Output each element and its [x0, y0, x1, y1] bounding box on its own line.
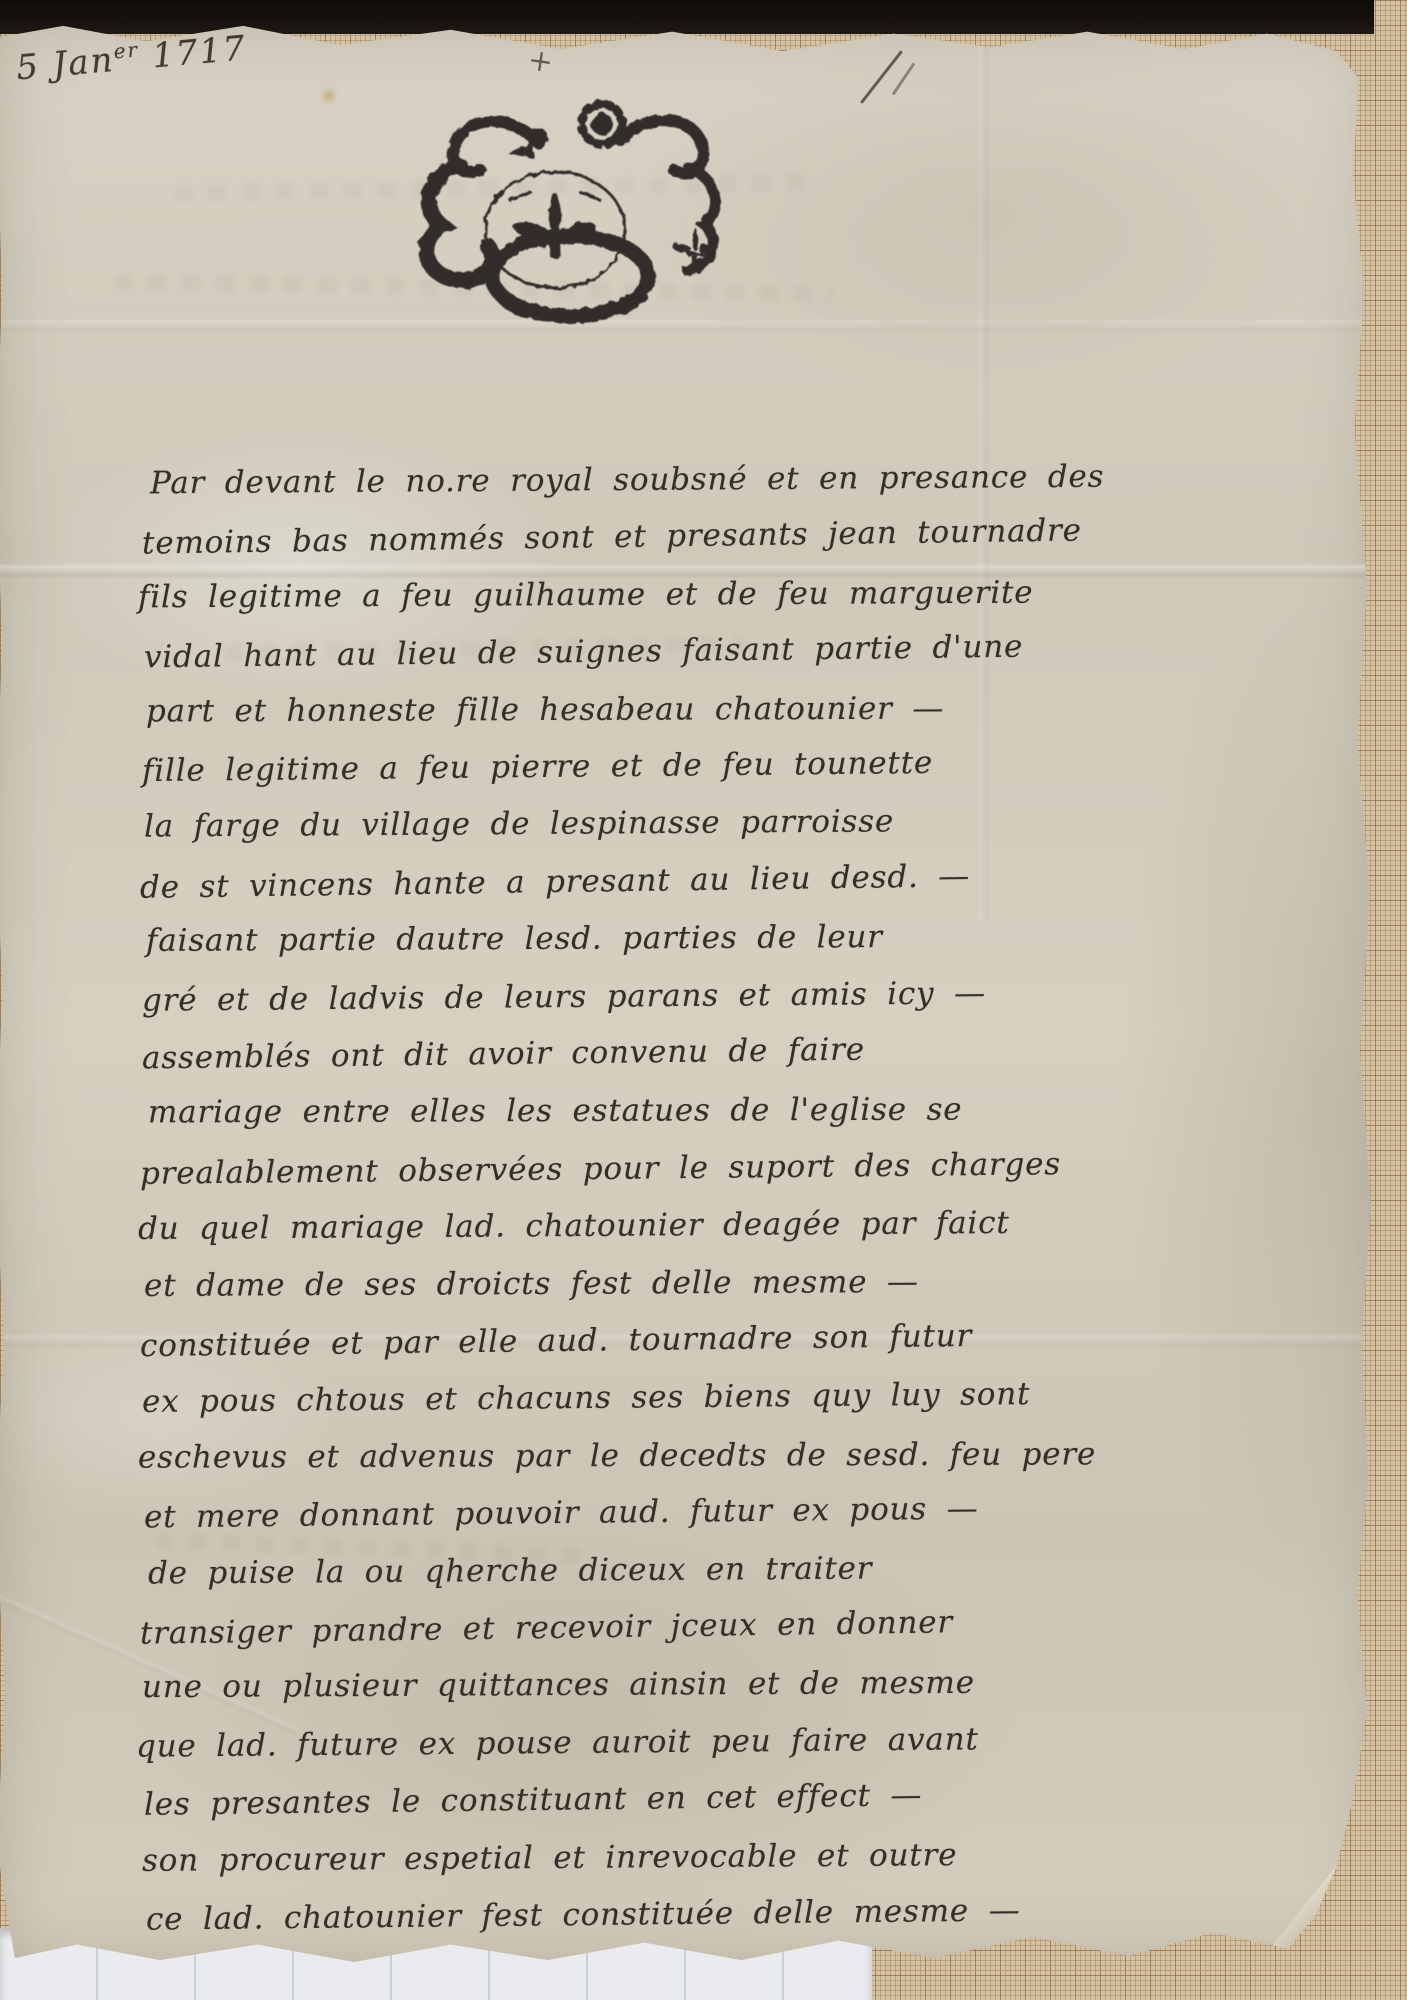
manuscript-line-16: constituée et par elle aud. tournadre so…	[140, 1318, 973, 1364]
photographed-manuscript-scene: 5 Janer 1717 +	[0, 0, 1407, 2000]
manuscript-line-2: temoins bas nommés sont et presants jean…	[142, 513, 1082, 562]
manuscript-line-18: eschevus et advenus par le decedts de se…	[138, 1436, 1096, 1475]
manuscript-line-14: du quel mariage lad. chatounier deagée p…	[138, 1205, 1010, 1247]
manuscript-line-11: assemblés ont dit avoir convenu de faire	[142, 1032, 865, 1077]
manuscript-line-3: fils legitime a feu guilhaume et de feu …	[138, 574, 1034, 615]
manuscript-line-24: les presantes le constituant en cet effe…	[144, 1777, 923, 1823]
manuscript-line-23: que lad. future ex pouse auroit peu fair…	[136, 1721, 979, 1764]
manuscript-line-26: ce lad. chatounier fest constituée delle…	[146, 1892, 1021, 1937]
manuscript-line-22: une ou plusieur quittances ainsin et de …	[142, 1665, 975, 1705]
manuscript-line-20: de puise la ou qherche diceux en traiter	[148, 1550, 873, 1591]
manuscript-line-9: faisant partie dautre lesd. parties de l…	[146, 919, 883, 959]
manuscript-line-7: la farge du village de lespinasse parroi…	[144, 804, 894, 845]
manuscript-line-8: de st vincens hante a presant au lieu de…	[140, 858, 971, 906]
manuscript-line-10: gré et de ladvis de leurs parans et amis…	[142, 975, 986, 1018]
manuscript-line-17: ex pous chtous et chacuns ses biens quy …	[142, 1377, 1031, 1421]
manuscript-text-block: Par devant le no.re royal soubsné et en …	[0, 0, 1407, 2000]
manuscript-line-13: prealablement observées pour le suport d…	[140, 1146, 1061, 1192]
manuscript-line-4: vidal hant au lieu de suignes faisant pa…	[144, 629, 1024, 676]
manuscript-line-15: et dame de ses droicts fest delle mesme …	[144, 1264, 919, 1304]
manuscript-line-1: Par devant le no.re royal soubsné et en …	[150, 459, 1105, 502]
manuscript-line-12: mariage entre elles les estatues de l'eg…	[148, 1092, 963, 1131]
manuscript-line-25: son procureur espetial et inrevocable et…	[142, 1837, 958, 1879]
manuscript-line-6: fille legitime a feu pierre et de feu to…	[142, 745, 933, 789]
manuscript-line-19: et mere donnant pouvoir aud. futur ex po…	[144, 1491, 979, 1536]
manuscript-line-21: transiger prandre et recevoir jceux en d…	[140, 1604, 954, 1651]
manuscript-line-5: part et honneste fille hesabeau chatouni…	[146, 690, 944, 729]
